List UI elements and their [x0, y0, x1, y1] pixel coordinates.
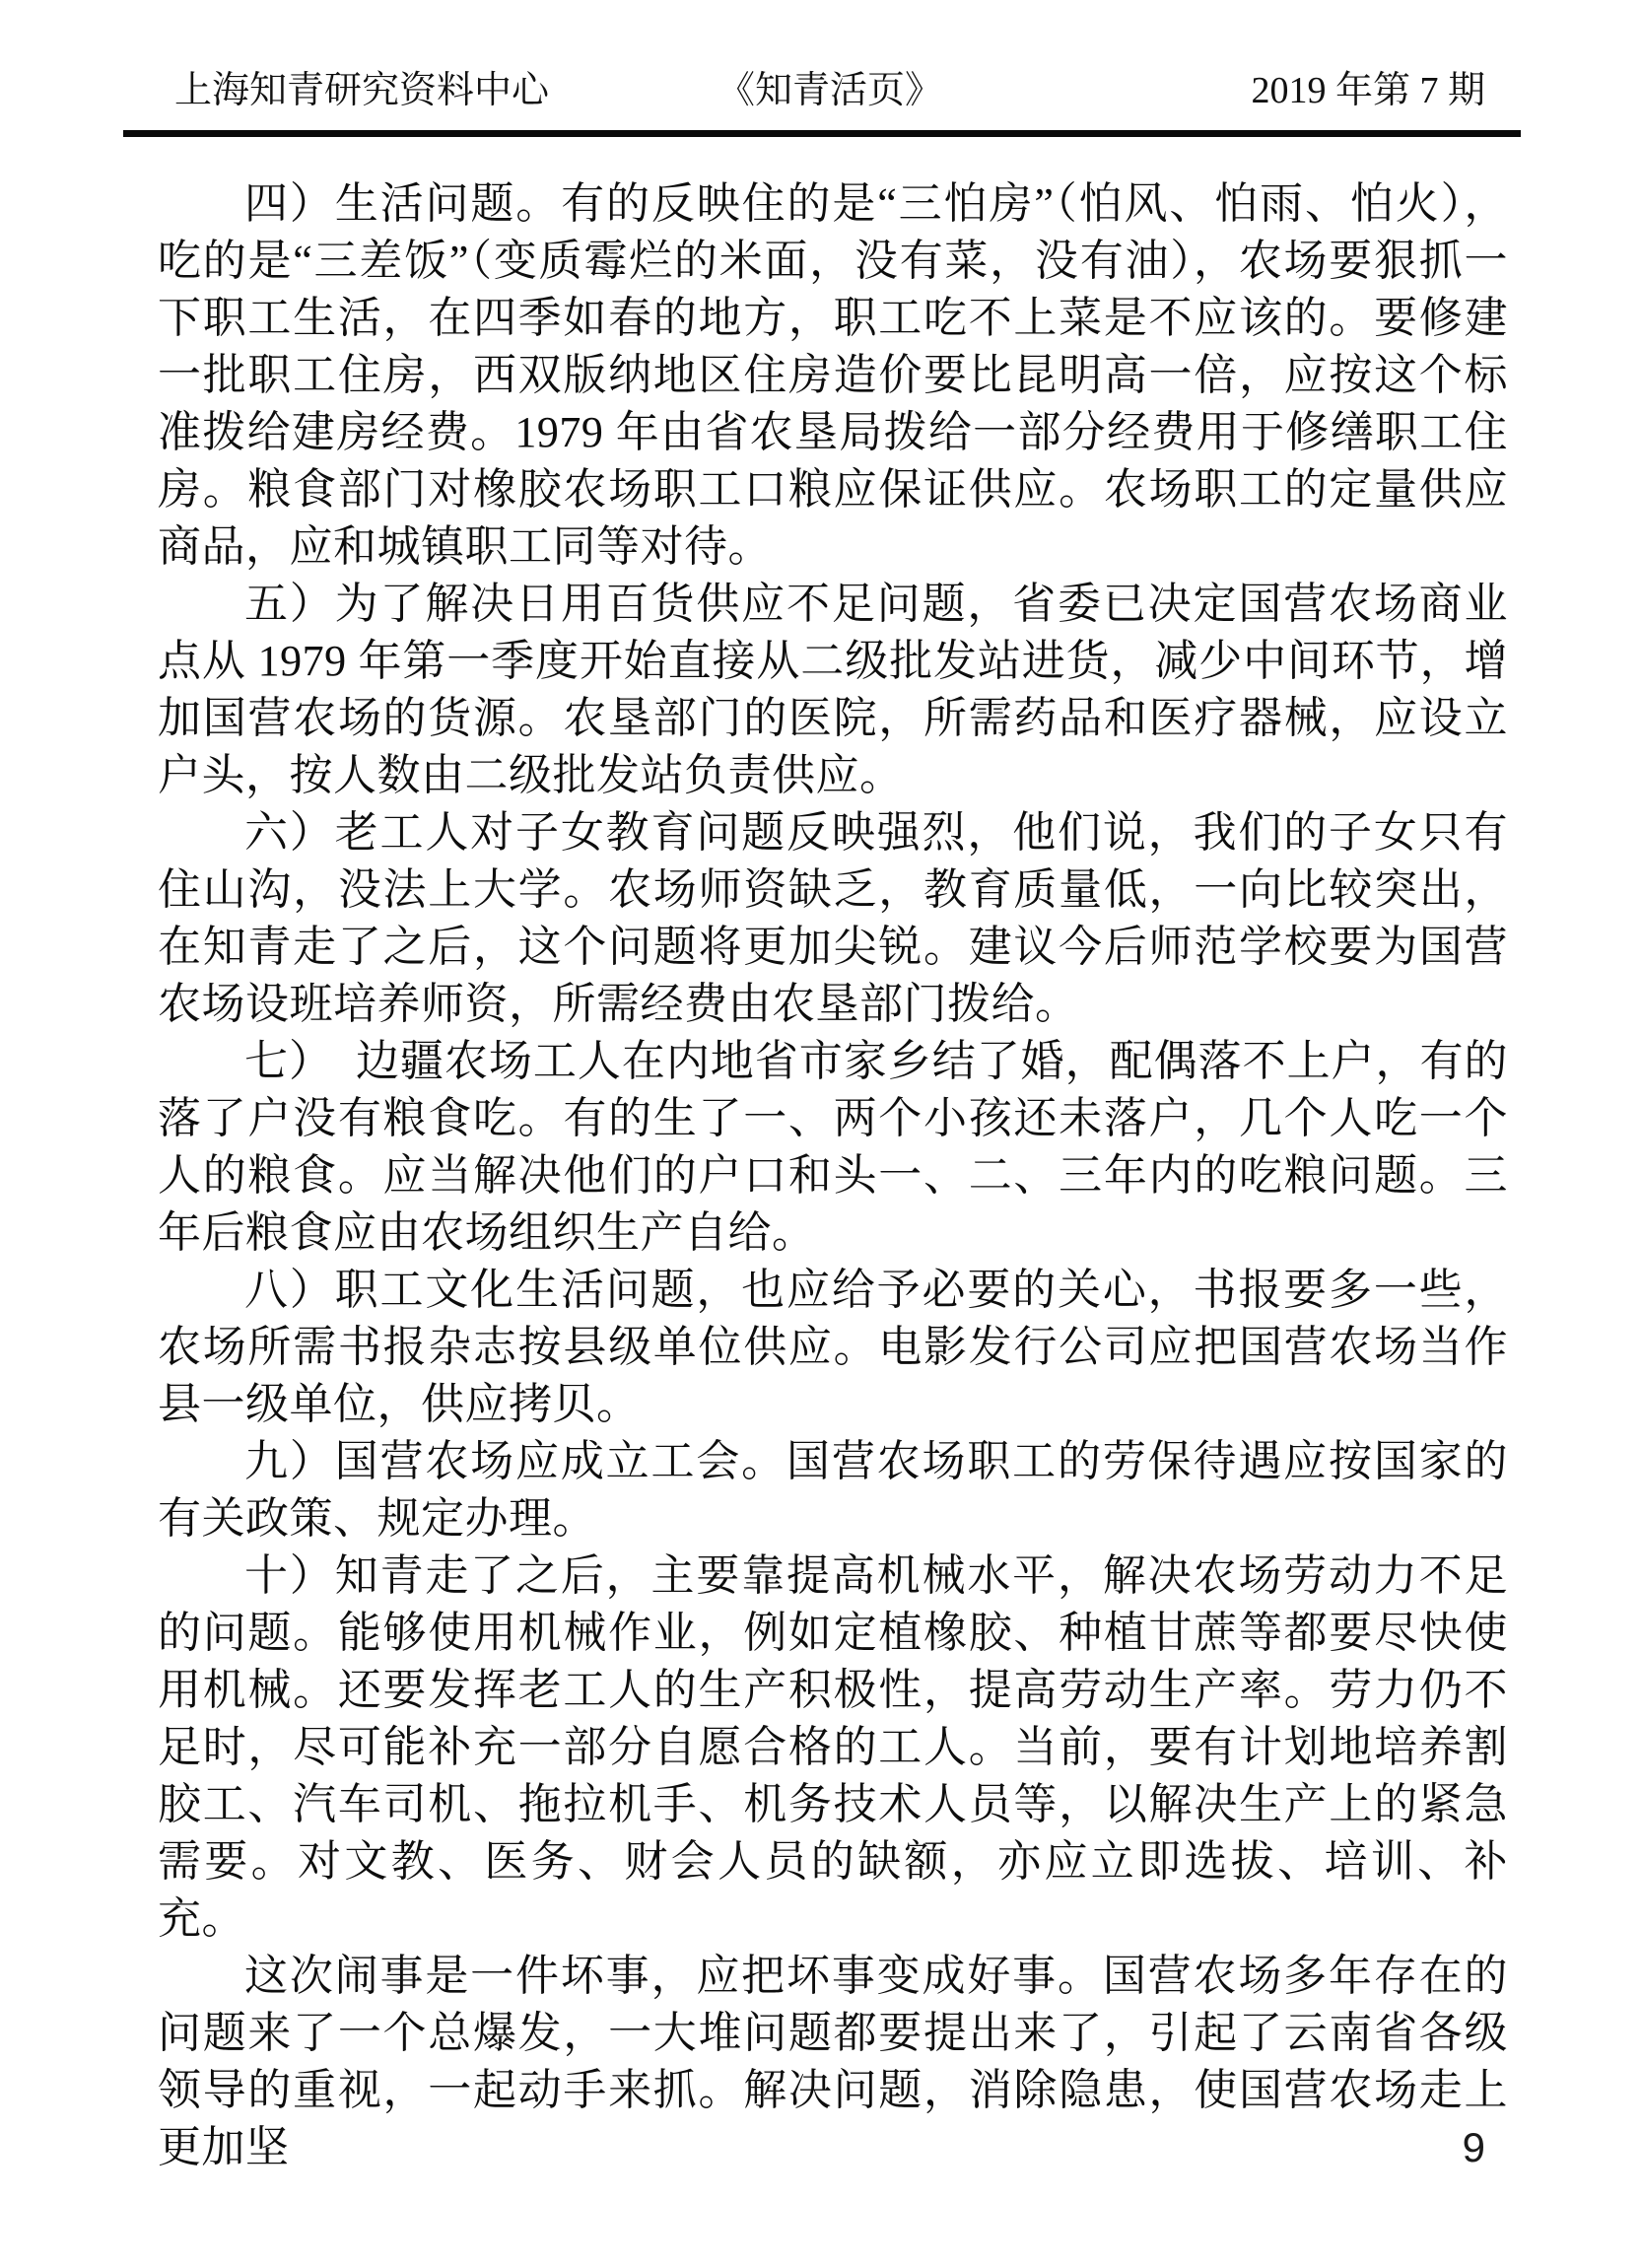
paragraph-item-6: 六）老工人对子女教育问题反映强烈，他们说，我们的子女只有住山沟，没法上大学。农场…: [158, 804, 1508, 1033]
paragraph-item-8: 八）职工文化生活问题，也应给予必要的关心，书报要多一些，农场所需书报杂志按县级单…: [158, 1262, 1508, 1433]
page-header: 上海知青研究资料中心 《知青活页》 2019 年第 7 期: [123, 69, 1521, 137]
paragraph-item-10: 十）知青走了之后，主要靠提高机械水平，解决农场劳动力不足的问题。能够使用机械作业…: [158, 1547, 1508, 1948]
header-issue-label: 2019 年第 7 期: [942, 69, 1521, 114]
paragraph-item-7: 七） 边疆农场工人在内地省市家乡结了婚，配偶落不上户，有的落了户没有粮食吃。有的…: [158, 1033, 1508, 1262]
document-body: 四）生活问题。有的反映住的是“三怕房”（怕风、怕雨、怕火），吃的是“三差饭”（变…: [158, 175, 1508, 2176]
header-organization: 上海知青研究资料中心: [123, 69, 718, 114]
paragraph-item-9: 九）国营农场应成立工会。国营农场职工的劳保待遇应按国家的有关政策、规定办理。: [158, 1433, 1508, 1547]
document-page: 上海知青研究资料中心 《知青活页》 2019 年第 7 期 四）生活问题。有的反…: [0, 0, 1641, 2268]
paragraph-item-4: 四）生活问题。有的反映住的是“三怕房”（怕风、怕雨、怕火），吃的是“三差饭”（变…: [158, 175, 1508, 576]
header-journal-title: 《知青活页》: [718, 69, 942, 114]
page-number: 9: [1463, 2124, 1485, 2171]
paragraph-closing: 这次闹事是一件坏事，应把坏事变成好事。国营农场多年存在的问题来了一个总爆发，一大…: [158, 1948, 1508, 2176]
paragraph-item-5: 五）为了解决日用百货供应不足问题，省委已决定国营农场商业点从 1979 年第一季…: [158, 576, 1508, 804]
